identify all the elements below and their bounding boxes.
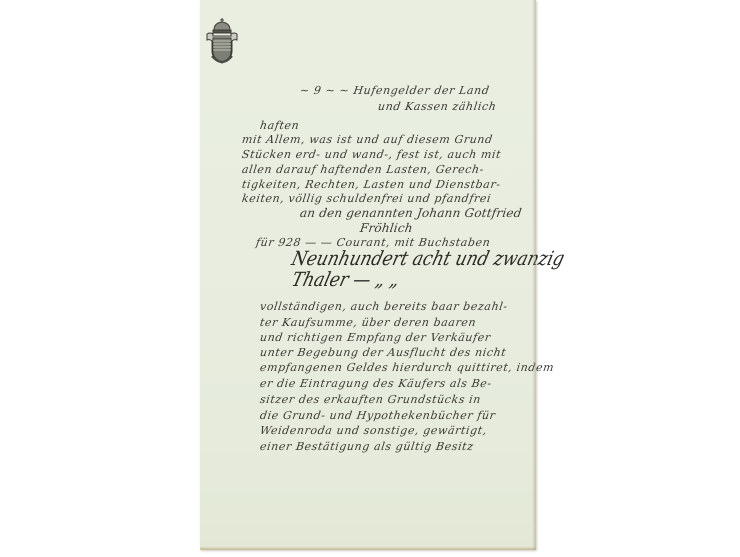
text-line: die Grund- und Hypothekenbücher für (259, 409, 496, 422)
text-line: keiten, völlig schuldenfrei und pfandfre… (241, 192, 492, 205)
text-line: sitzer des erkauften Grundstücks in (259, 393, 482, 406)
text-line: Stücken erd- und wand-, fest ist, auch m… (241, 148, 502, 161)
currency-word: Thaler — „ „ (289, 269, 402, 292)
text-line: und Kassen zählich (377, 100, 497, 113)
paper-edge (200, 547, 536, 550)
document-page: ~ 9 ~ ~ Hufengelder der Land und Kassen … (200, 0, 536, 550)
text-line: Fröhlich (359, 221, 414, 235)
text-line: ~ 9 ~ ~ Hufengelder der Land (299, 84, 490, 97)
text-line: unter Begebung der Ausflucht des nicht (259, 346, 507, 359)
amount-in-words: Neunhundert acht und zwanzig (289, 248, 567, 271)
text-line: allen darauf haftenden Lasten, Gerech- (241, 163, 485, 176)
text-line: haften (259, 119, 300, 132)
text-line: an den genannten Johann Gottfried (299, 206, 523, 220)
text-line: einer Bestätigung als gültig Besitz (259, 440, 474, 453)
text-line: Weidenroda und sonstige, gewärtigt, (259, 424, 488, 437)
text-line: und richtigen Empfang der Verkäufer (259, 331, 492, 344)
text-line: vollständigen, auch bereits baar bezahl- (259, 300, 509, 313)
text-line: ter Kaufsumme, über deren baaren (259, 316, 477, 329)
text-line: tigkeiten, Rechten, Lasten und Dienstbar… (241, 178, 501, 191)
text-line: mit Allem, was ist und auf diesem Grund (241, 133, 494, 146)
text-line: er die Eintragung des Käufers als Be- (259, 377, 493, 390)
text-line: empfangenen Geldes hierdurch quittiret, … (259, 361, 555, 374)
coat-of-arms-seal-icon (204, 16, 240, 72)
